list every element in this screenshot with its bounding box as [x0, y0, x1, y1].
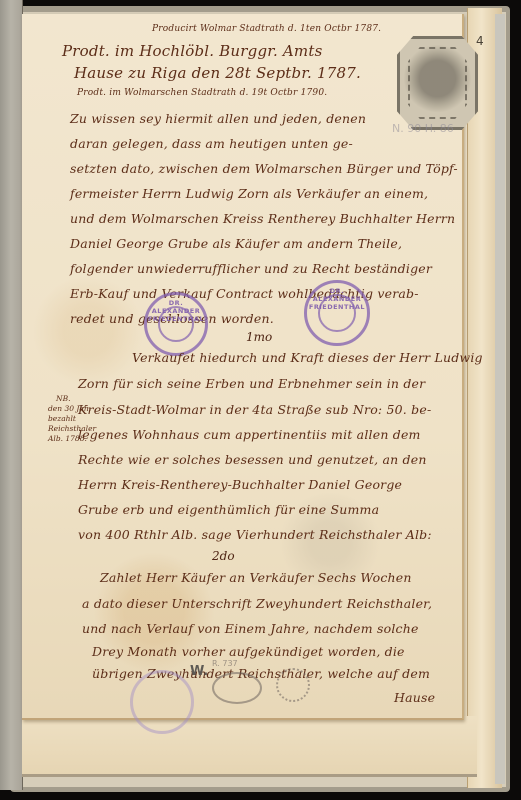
stamp-text: DR. ALEXANDER FRIEDENTHAL [147, 299, 205, 323]
folio-number-outer: 4 [476, 34, 484, 48]
lower-sheet [22, 716, 477, 777]
header-line-2: Prodt. im Hochlöbl. Burggr. Amts [62, 42, 322, 60]
section-1-line-1: Verkaufet hiedurch und Kraft dieses der … [132, 350, 483, 365]
margin-note-line: bezahlt [48, 414, 94, 424]
body-line-7: folgender unwiederrufflicher und zu Rech… [70, 261, 432, 276]
body-line-2: daran gelegen, dass am heutigen unten ge… [70, 136, 353, 151]
body-line-1: Zu wissen sey hiermit allen und jeden, d… [70, 111, 366, 126]
pencil-note: N. 90 H. 86 [392, 122, 454, 135]
archive-number: R. 737 [212, 659, 238, 668]
section-1-line-8: von 400 Rthlr Alb. sage Vierhundert Reic… [78, 527, 432, 542]
header-line-3: Hause zu Riga den 28t Septbr. 1787. [74, 64, 361, 82]
section-1-line-4: legenes Wohnhaus cum appertinentiis mit … [78, 427, 421, 442]
section-2-line-1: Zahlet Herr Käufer an Verkäufer Sechs Wo… [100, 570, 412, 585]
margin-note-line: den 30 Jan. [48, 404, 94, 414]
book-spine-left [0, 0, 23, 790]
document-page: 1 N. 90 H. 86 Producirt Wolmar Stadtrath… [22, 14, 464, 720]
oval-archive-stamp [212, 672, 262, 704]
section-2-heading: 2do [212, 549, 235, 563]
body-line-6: Daniel George Grube als Käufer am andern… [70, 236, 402, 251]
section-1-line-6: Herrn Kreis-Rentherey-Buchhalter Daniel … [78, 477, 402, 492]
catchword: Hause [394, 690, 435, 705]
margin-note-line: Alb. 1788. [48, 434, 94, 444]
header-line-4: Prodt. im Wolmarschen Stadtrath d. 19t O… [77, 88, 327, 98]
collector-stamp-right: DR. ALEXANDER FRIEDENTHAL [304, 280, 370, 346]
section-1-line-5: Rechte wie er solches besessen und genut… [78, 452, 427, 467]
embossed-seal-icon [397, 36, 478, 130]
section-2-line-4: Drey Monath vorher aufgekündiget worden,… [92, 644, 405, 659]
section-1-heading: 1mo [246, 330, 272, 344]
faded-collector-stamp [130, 670, 194, 734]
body-line-3: setzten dato, zwischen dem Wolmarschen B… [70, 161, 458, 176]
section-1-line-7: Grube erb und eigenthümlich für eine Sum… [78, 502, 379, 517]
body-line-5: und dem Wolmarschen Kreiss Rentherey Buc… [70, 211, 455, 226]
margin-note-line: Reichsthaler [48, 424, 94, 434]
body-line-4: fermeister Herrn Ludwig Zorn als Verkäuf… [70, 186, 428, 201]
cover-edge [495, 14, 505, 784]
margin-note: NB. den 30 Jan. bezahlt Reichsthaler Alb… [48, 394, 94, 444]
seal-border [408, 47, 467, 119]
stamp-text: DR. ALEXANDER FRIEDENTHAL [307, 287, 367, 311]
archive-mark: W. [190, 664, 208, 679]
section-1-line-2: Zorn für sich seine Erben und Erbnehmer … [78, 376, 425, 391]
section-2-line-3: und nach Verlauf von Einem Jahre, nachde… [82, 621, 419, 636]
collector-stamp-left: DR. ALEXANDER FRIEDENTHAL [144, 292, 208, 356]
margin-note-line: NB. [48, 394, 94, 404]
header-line-1: Producirt Wolmar Stadtrath d. 1ten Octbr… [152, 24, 381, 34]
section-2-line-2: a dato dieser Unterschrift Zweyhundert R… [82, 596, 432, 611]
section-1-line-3: Kreis-Stadt-Wolmar in der 4ta Straße sub… [78, 402, 431, 417]
round-archive-stamp [276, 668, 310, 702]
